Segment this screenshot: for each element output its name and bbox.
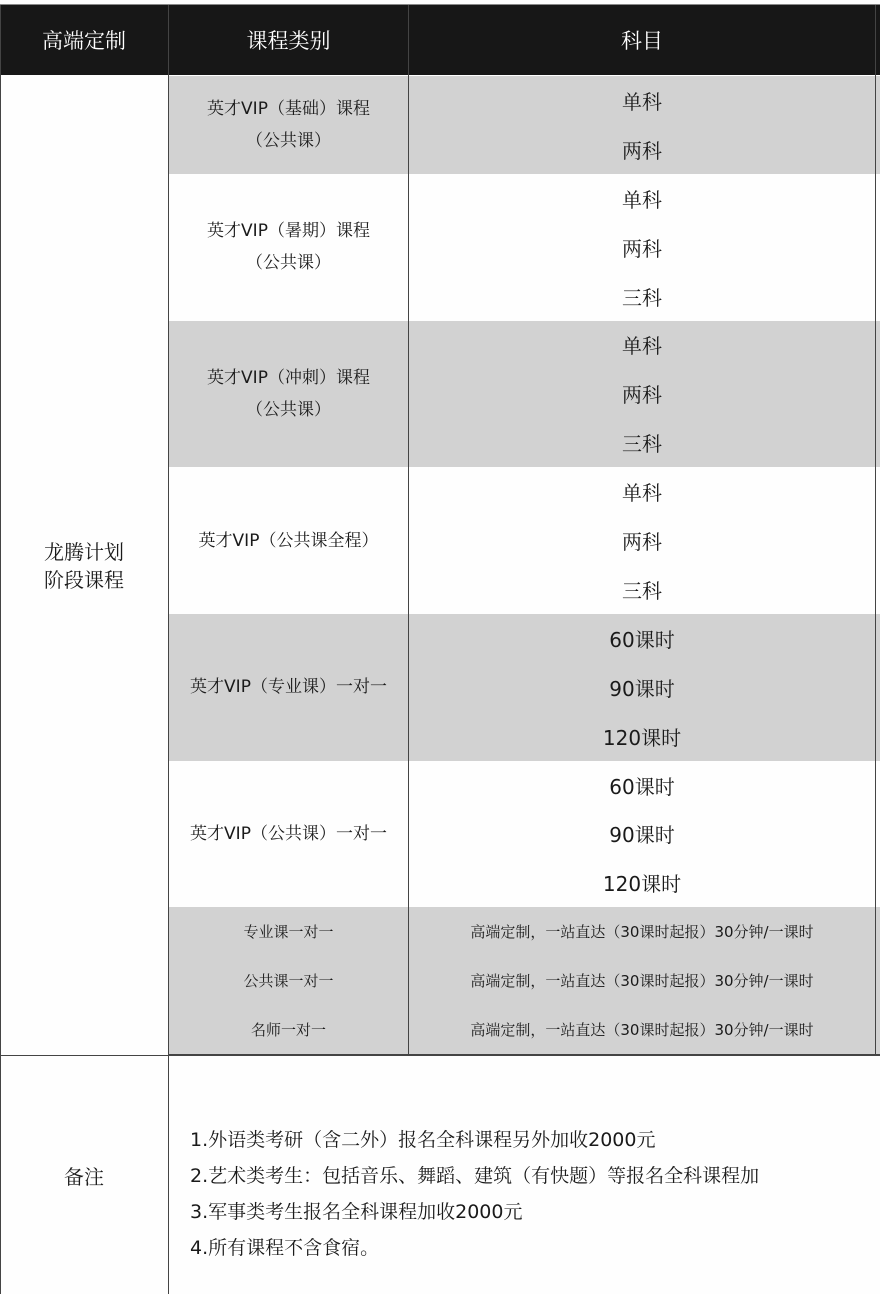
subject-cell: 60课时 [409,761,875,810]
category-cell: 英才VIP（专业课）一对一 [169,614,408,761]
category-label: 英才VIP（公共课全程） [199,525,379,557]
divider [0,4,880,5]
price-cell-cutoff [876,174,880,223]
category-label: 英才VIP（暑期）课程 [207,215,370,247]
price-cell-cutoff [876,956,880,1005]
category-label: 英才VIP（公共课）一对一 [190,818,387,850]
subject-cell: 高端定制，一站直达（30课时起报）30分钟/一课时 [409,907,875,956]
subject-cell: 高端定制，一站直达（30课时起报）30分钟/一课时 [409,1005,875,1054]
subject-cell: 三科 [409,565,875,614]
divider [0,1055,880,1056]
category-label: 专业课一对一 [243,916,333,948]
price-cell-cutoff [876,1005,880,1054]
subject-cell: 90课时 [409,663,875,712]
price-cell-cutoff [876,76,880,125]
subject-cell: 两科 [409,369,875,418]
header-col-cutoff [876,5,880,75]
price-cell-cutoff [876,125,880,174]
subject-cell: 三科 [409,418,875,467]
header-col-subject: 科目 [409,5,875,75]
subject-cell: 三科 [409,272,875,321]
category-cell: 英才VIP（冲刺）课程（公共课） [169,321,408,468]
price-cell-cutoff [876,418,880,467]
subject-cell: 高端定制，一站直达（30课时起报）30分钟/一课时 [409,956,875,1005]
price-cell-cutoff [876,614,880,663]
category-label: 英才VIP（专业课）一对一 [190,671,387,703]
category-label: 公共课一对一 [243,965,333,997]
price-cell-cutoff [876,810,880,859]
remark-item: 4.所有课程不含食宿。 [190,1230,759,1266]
category-sublabel: （公共课） [207,247,370,279]
price-cell-cutoff [876,223,880,272]
category-sublabel: （公共课） [207,125,370,157]
price-cell-cutoff [876,907,880,956]
category-cell: 英才VIP（基础）课程（公共课） [169,76,408,174]
remark-item: 2.艺术类考生：包括音乐、舞蹈、建筑（有快题）等报名全科课程加 [190,1158,759,1194]
category-cell: 英才VIP（公共课）一对一 [169,761,408,908]
price-cell-cutoff [876,663,880,712]
price-cell-cutoff [876,369,880,418]
price-cell-cutoff [876,858,880,907]
remark-item: 1.外语类考研（含二外）报名全科课程另外加收2000元 [190,1122,759,1158]
price-cell-cutoff [876,516,880,565]
category-cell: 专业课一对一 [169,907,408,956]
category-cell: 公共课一对一 [169,956,408,1005]
price-cell-cutoff [876,761,880,810]
header-col-category: 课程类别 [169,5,408,75]
price-cell-cutoff [876,712,880,761]
group-label-line: 阶段课程 [44,566,124,594]
group-label-line: 龙腾计划 [44,538,124,566]
category-label: 名师一对一 [251,1014,326,1046]
subject-cell: 单科 [409,76,875,125]
subject-cell: 两科 [409,125,875,174]
remarks-label: 备注 [0,1056,168,1294]
category-cell: 英才VIP（暑期）课程（公共课） [169,174,408,321]
price-cell-cutoff [876,272,880,321]
category-label: 英才VIP（基础）课程 [207,93,370,125]
divider [168,5,169,1294]
category-label: 英才VIP（冲刺）课程 [207,362,370,394]
subject-cell: 两科 [409,223,875,272]
subject-cell: 单科 [409,174,875,223]
price-cell-cutoff [876,565,880,614]
price-cell-cutoff [876,467,880,516]
divider [0,5,1,1294]
category-cell: 名师一对一 [169,1005,408,1054]
category-sublabel: （公共课） [207,394,370,426]
price-cell-cutoff [876,321,880,370]
subject-cell: 90课时 [409,810,875,859]
subject-cell: 单科 [409,467,875,516]
category-cell: 英才VIP（公共课全程） [169,467,408,614]
remarks-list: 1.外语类考研（含二外）报名全科课程另外加收2000元 2.艺术类考生：包括音乐… [190,1122,759,1266]
remark-item: 3.军事类考生报名全科课程加收2000元 [190,1194,759,1230]
header-col-custom: 高端定制 [0,5,168,75]
subject-cell: 单科 [409,321,875,370]
group-label: 龙腾计划 阶段课程 [0,76,168,1055]
divider [875,5,876,1055]
subject-cell: 120课时 [409,858,875,907]
subject-cell: 120课时 [409,712,875,761]
divider [408,5,409,1055]
subject-cell: 60课时 [409,614,875,663]
subject-cell: 两科 [409,516,875,565]
